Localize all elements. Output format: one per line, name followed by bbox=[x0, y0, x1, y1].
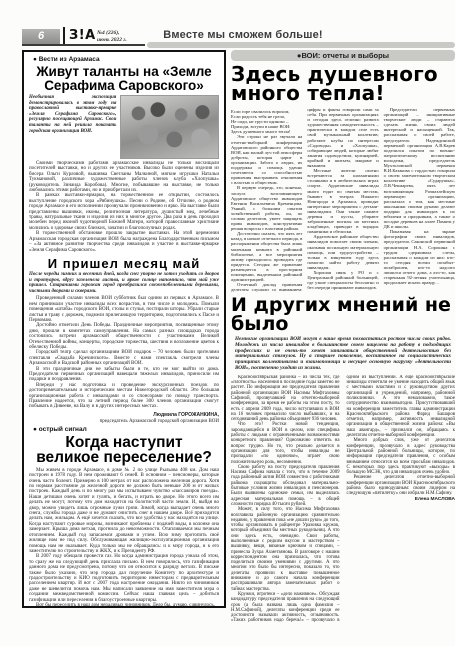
paragraph: Эти строки не раз звучали на отчетно-выб… bbox=[231, 134, 302, 185]
paragraph: Достойно отметили День Победы. Праздничн… bbox=[29, 323, 219, 350]
article2-body: Проведенный силами членов ВОИ субботник … bbox=[29, 296, 219, 410]
right-article2-title: И других мнений не было bbox=[231, 296, 455, 334]
paragraph: Хорошая связь у РО и с Центральной район… bbox=[307, 270, 378, 290]
paragraph: В рамках выставки-ярмарки, на торжествен… bbox=[29, 193, 219, 231]
issue-info: №4 (226), июнь 2022 г. bbox=[97, 30, 127, 43]
paragraph: Впереди у нас подготовка и проведение эк… bbox=[29, 383, 219, 410]
article3-title-line2: великое переселение? bbox=[29, 450, 219, 465]
newspaper-logo: З!А bbox=[69, 29, 96, 43]
header-rule-left bbox=[22, 44, 145, 46]
issue-date: июнь 2022 г. bbox=[97, 37, 127, 44]
paragraph: Свою работу на посту председателя правле… bbox=[231, 465, 340, 507]
paragraph: Показывая на экране фотографии своих инв… bbox=[384, 229, 455, 285]
right-article2-body: Краснооктябрьская районка – из числа тех… bbox=[231, 375, 455, 627]
article3-title: Когда наступит великое переселение? bbox=[29, 435, 219, 465]
right-article1-title: Здесь душевного много тепла! bbox=[231, 65, 455, 103]
right-article1-body: Если горе свалилось ворохом, Если радост… bbox=[231, 107, 455, 293]
paragraph: Городской театр сделал организациям ВОИ … bbox=[29, 350, 219, 366]
paragraph: Краснооктябрьская районка – из числа тех… bbox=[231, 375, 340, 423]
paragraph: Решение делегатов отчетно-выборной конфе… bbox=[347, 475, 455, 496]
paragraph: Достаточно сказать, что пять лет назад, … bbox=[231, 231, 302, 282]
paragraph: В торжественной обстановке прошло закрыт… bbox=[29, 231, 219, 253]
article1-title-line2: Серафима Саровского» bbox=[29, 79, 219, 93]
paragraph: В 2007 году обещали провести газ. Но ког… bbox=[29, 554, 219, 603]
rubric-voi-otchety-i-vybory: ●ВОИ: отчеты и выборы bbox=[231, 50, 455, 61]
rubric-ostry-signal: ● острый сигнал bbox=[33, 426, 219, 434]
article3-title-line1: Когда наступит bbox=[29, 435, 219, 450]
paragraph: В эти праздничные дни не забыты были и т… bbox=[29, 367, 219, 383]
article2-signature: Людмила ГОРОЖАНКИНА, председатель Арзама… bbox=[29, 412, 219, 425]
exhibition-photo bbox=[120, 95, 219, 159]
signature-name: Людмила ГОРОЖАНКИНА, bbox=[153, 412, 219, 418]
paragraph: Своими творческими работами арзамасские … bbox=[29, 161, 219, 193]
right-article2-signature: Елена МАСЛОВА bbox=[347, 497, 455, 502]
paragraph: Вот бы переселить в наш дом нерадивых чи… bbox=[29, 603, 219, 608]
signature-role: председатель Арзамасской городской орган… bbox=[100, 419, 219, 424]
paragraph: Местные жители охотно встречаются за шах… bbox=[307, 168, 378, 234]
article1-lead-row: Необычная экспозиция демонстрировалась в… bbox=[29, 95, 219, 159]
paragraph: Может, в силу того, что Насима Мифтаховн… bbox=[231, 507, 340, 592]
newspaper-motto: Вместе мы сможем больше! bbox=[148, 29, 338, 42]
left-column: ● Вести из Арзамаса Живут таланты на «Зе… bbox=[22, 50, 226, 608]
paragraph: Ардатовское районное общество инвалидов … bbox=[307, 234, 378, 270]
article1-title-line1: Живут таланты на «Земле bbox=[29, 65, 219, 79]
paragraph: В первую очередь, это, конечно, заслуга … bbox=[231, 185, 302, 231]
article1-title: Живут таланты на «Земле Серафима Саровск… bbox=[29, 65, 219, 92]
paragraph: Много добрых слов, уже от делегатов конф… bbox=[347, 438, 455, 475]
header-rule-bar bbox=[147, 42, 455, 48]
paragraph: Мы живем в городе Арзамасе, в доме № 2 п… bbox=[29, 468, 219, 555]
right-column: ●ВОИ: отчеты и выборы Здесь душевного мн… bbox=[231, 50, 455, 628]
page-number: 6 bbox=[22, 29, 60, 44]
header-divider bbox=[63, 27, 65, 45]
article3-body: Мы живем в городе Арзамасе, в доме № 2 п… bbox=[29, 468, 219, 608]
paragraph: Проведенный силами членов ВОИ субботник … bbox=[29, 296, 219, 323]
rubric-vesti-iz-arzamasa: ● Вести из Арзамаса bbox=[33, 56, 219, 64]
article2-title: И пришел месяц май bbox=[29, 257, 219, 270]
right-article1-title-line2: много тепла! bbox=[231, 84, 455, 103]
newspaper-page: 6 З!А №4 (226), июнь 2022 г. Вместе мы с… bbox=[0, 0, 455, 646]
paragraph: Председатели первичных организаций – ини… bbox=[384, 107, 455, 229]
right-article2-lead: Немногие организации ВОИ могут в наше вр… bbox=[235, 337, 451, 372]
article2-lead: После череды зимних и весенних дней, ког… bbox=[29, 272, 219, 294]
paragraph: Что это? Ростки новой тенденции, зарожда… bbox=[231, 422, 340, 464]
article1-body: Своими творческими работами арзамасские … bbox=[29, 161, 219, 253]
article1-lead: Необычная экспозиция демонстрировалась в… bbox=[29, 95, 116, 159]
